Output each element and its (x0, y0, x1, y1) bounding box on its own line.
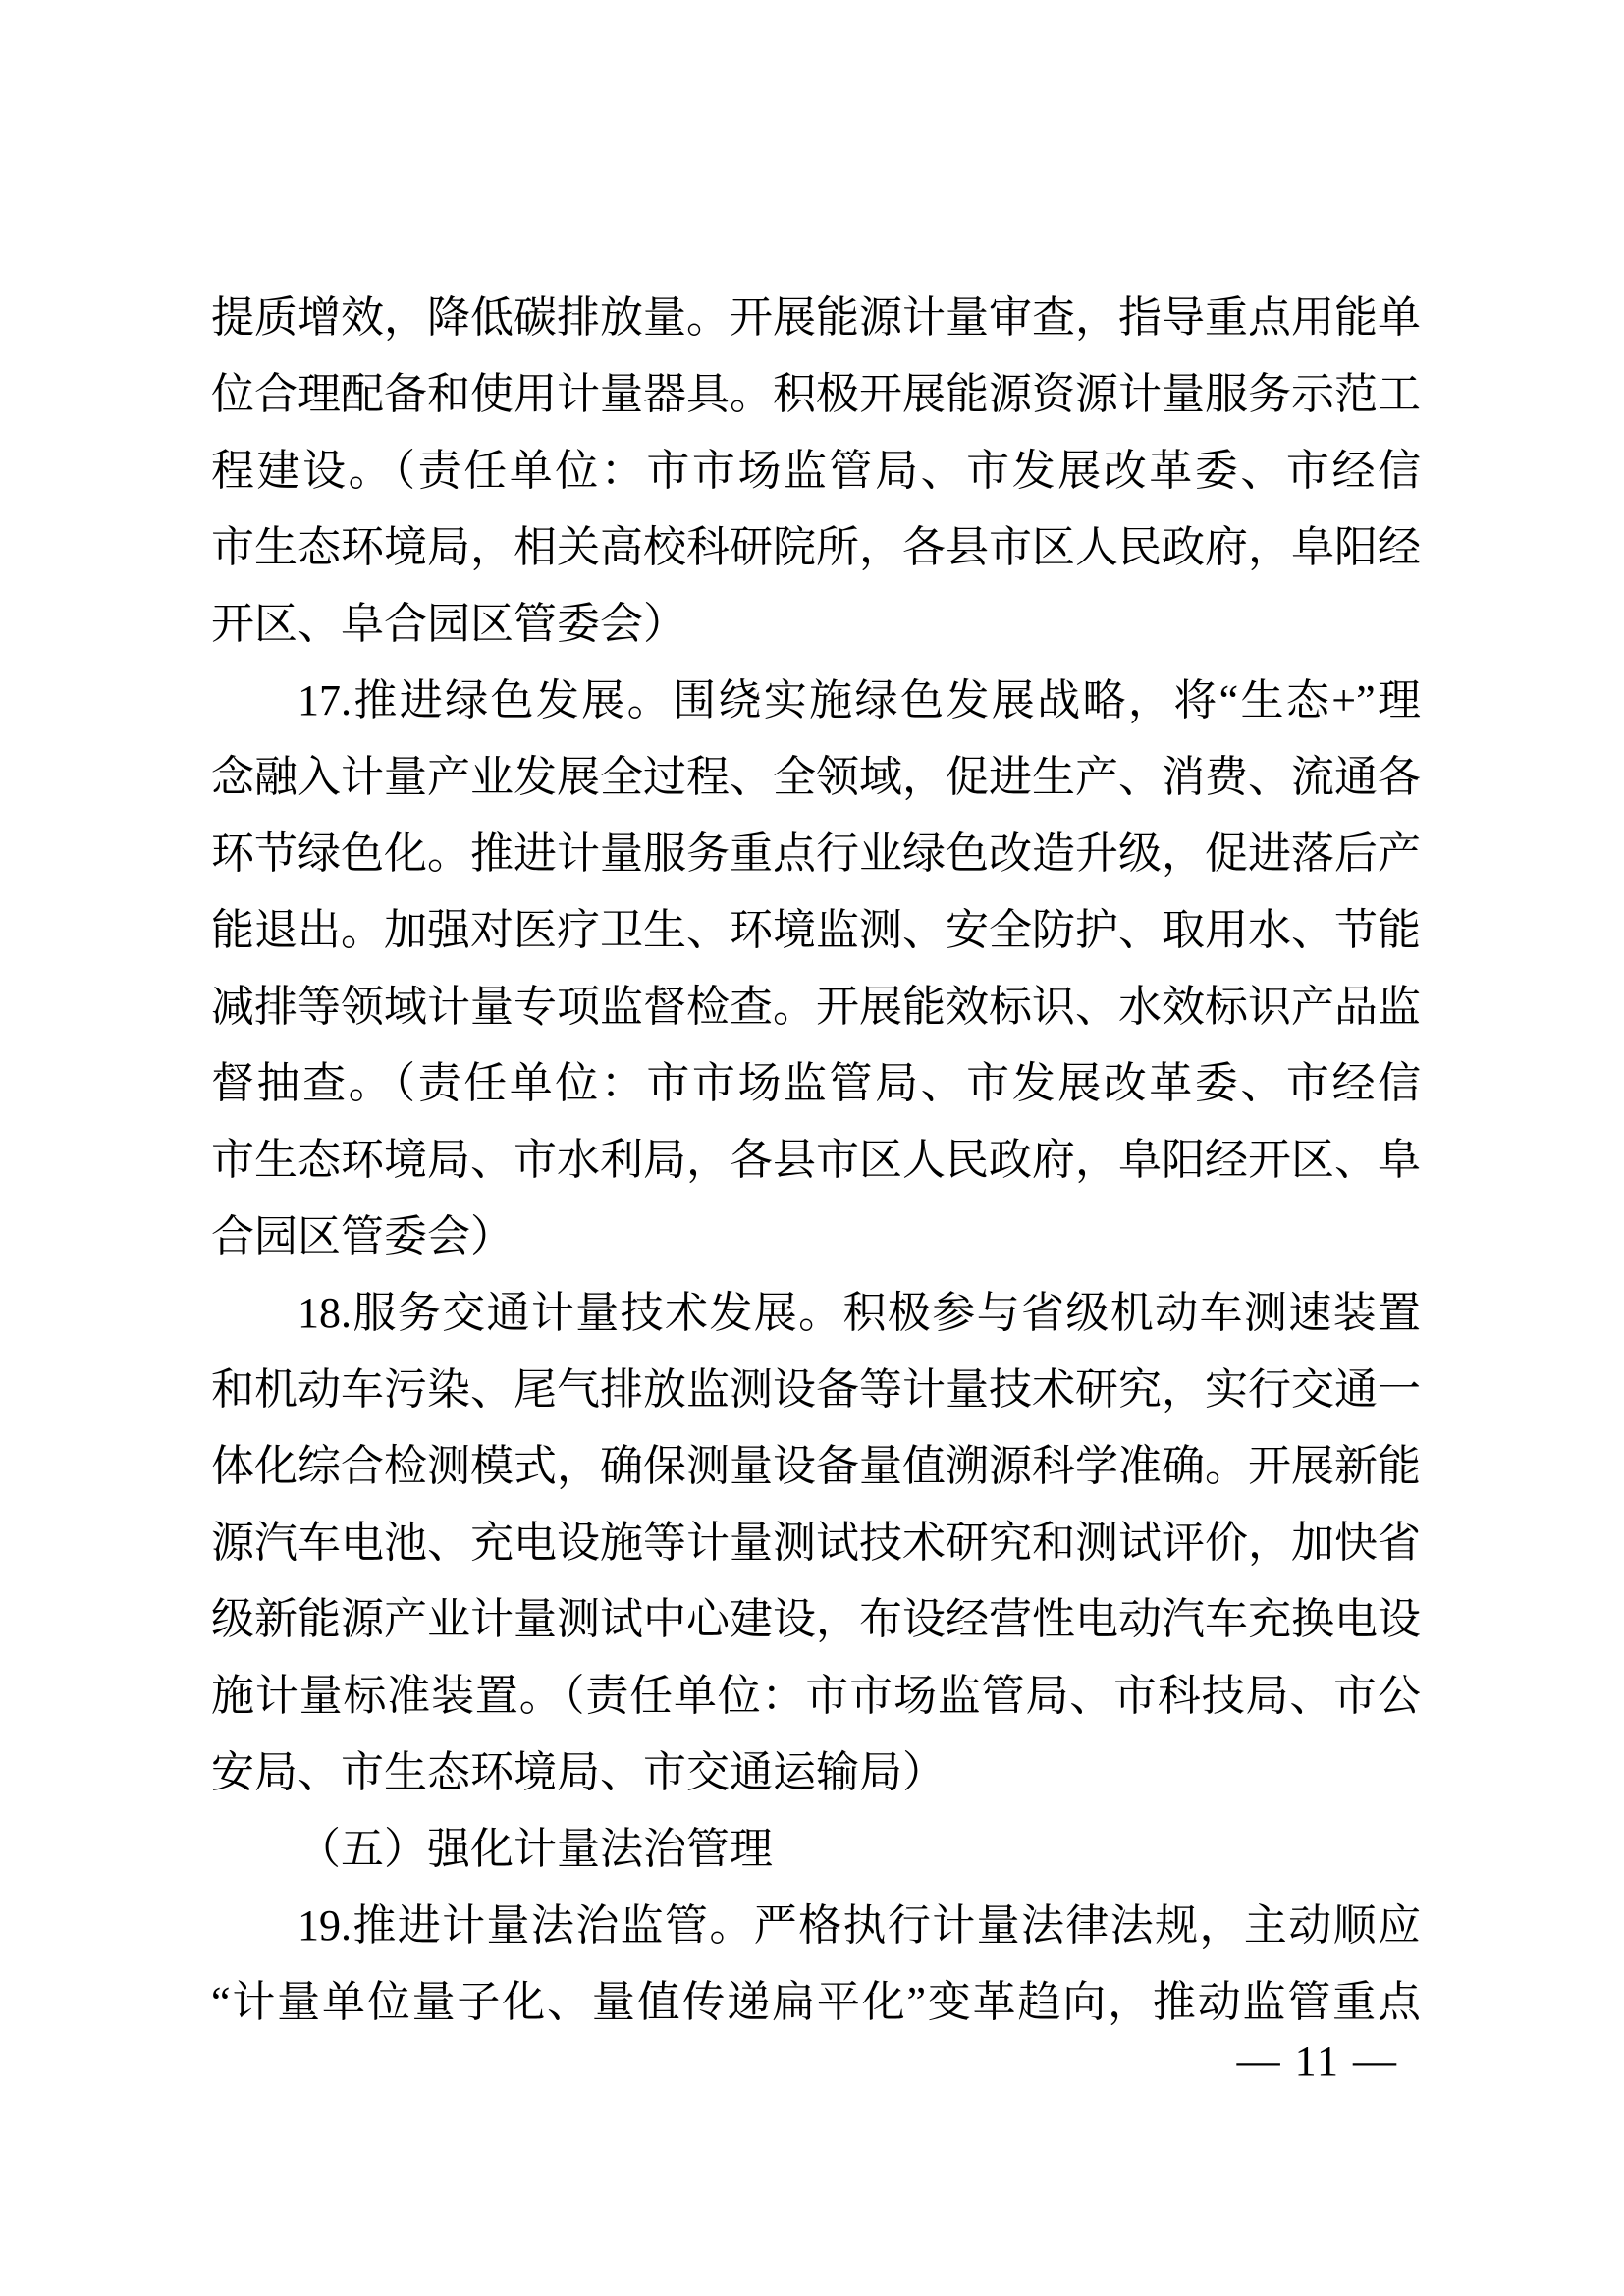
text-line: 市生态环境局，相关高校科研院所，各县市区人民政府，阜阳经 (211, 509, 1421, 586)
text-line: 源汽车电池、充电设施等计量测试技术研究和测试评价，加快省 (211, 1505, 1421, 1581)
text-line: 18.服务交通计量技术发展。积极参与省级机动车测速装置 (211, 1275, 1421, 1352)
document-body: 提质增效，降低碳排放量。开展能源计量审查，指导重点用能单位合理配备和使用计量器具… (211, 280, 1421, 2041)
text-line: 施计量标准装置。（责任单位：市市场监管局、市科技局、市公 (211, 1658, 1421, 1735)
text-line: 减排等领域计量专项监督检查。开展能效标识、水效标识产品监 (211, 969, 1421, 1045)
text-line: 安局、市生态环境局、市交通运输局） (211, 1735, 1421, 1811)
text-line: 位合理配备和使用计量器具。积极开展能源资源计量服务示范工 (211, 356, 1421, 433)
text-line: 体化综合检测模式，确保测量设备量值溯源科学准确。开展新能 (211, 1428, 1421, 1505)
document-page: 提质增效，降低碳排放量。开展能源计量审查，指导重点用能单位合理配备和使用计量器具… (0, 0, 1624, 2296)
text-line: 级新能源产业计量测试中心建设，布设经营性电动汽车充换电设 (211, 1581, 1421, 1658)
text-line: 环节绿色化。推进计量服务重点行业绿色改造升级，促进落后产 (211, 816, 1421, 892)
page-number: — 11 — (1237, 2032, 1398, 2091)
text-line: （五）强化计量法治管理 (211, 1811, 1421, 1888)
text-line: 念融入计量产业发展全过程、全领域，促进生产、消费、流通各 (211, 739, 1421, 816)
text-line: 开区、阜合园区管委会） (211, 586, 1421, 663)
text-line: 17.推进绿色发展。围绕实施绿色发展战略，将“生态+”理 (211, 663, 1421, 739)
text-line: 督抽查。（责任单位：市市场监管局、市发展改革委、市经信局、 (211, 1045, 1421, 1122)
text-line: 能退出。加强对医疗卫生、环境监测、安全防护、取用水、节能 (211, 892, 1421, 969)
text-line: 提质增效，降低碳排放量。开展能源计量审查，指导重点用能单 (211, 280, 1421, 356)
text-line: 程建设。（责任单位：市市场监管局、市发展改革委、市经信局、 (211, 433, 1421, 509)
text-line: 市生态环境局、市水利局，各县市区人民政府，阜阳经开区、阜 (211, 1122, 1421, 1199)
text-line: 和机动车污染、尾气排放监测设备等计量技术研究，实行交通一 (211, 1352, 1421, 1428)
text-line: 19.推进计量法治监管。严格执行计量法律法规，主动顺应 (211, 1888, 1421, 1964)
text-line: 合园区管委会） (211, 1199, 1421, 1275)
text-line: “计量单位量子化、量值传递扁平化”变革趋向，推动监管重点 (211, 1964, 1421, 2041)
